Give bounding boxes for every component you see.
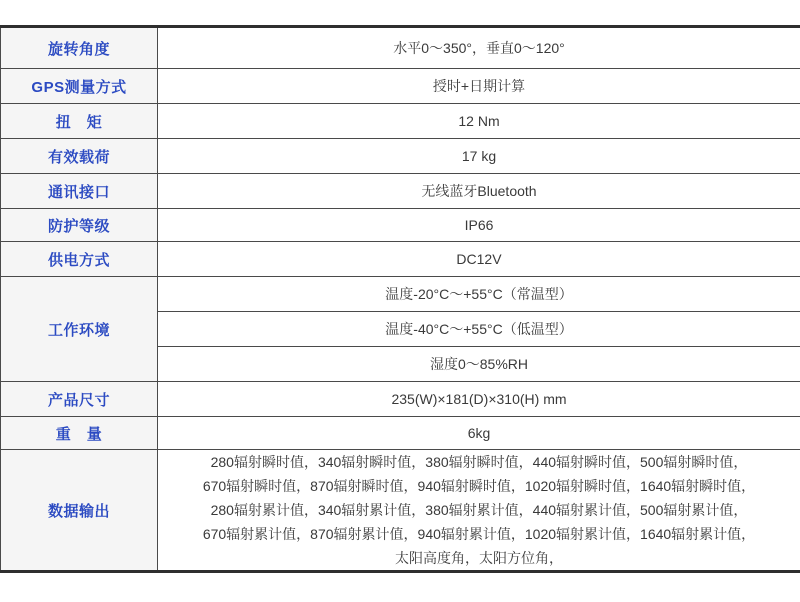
spec-value: DC12V [158, 242, 800, 277]
spec-row-rotation-angle: 旋转角度 水平0～350°，垂直0～120° [1, 27, 800, 69]
spec-value: 17 kg [158, 139, 800, 174]
spec-label: 供电方式 [1, 242, 158, 277]
spec-label: 旋转角度 [1, 27, 158, 69]
spec-label: 有效载荷 [1, 139, 158, 174]
data-output-line: 670辐射累计值，870辐射累计值，940辐射累计值，1020辐射累计值，164… [158, 522, 800, 546]
spec-value: 无线蓝牙Bluetooth [158, 174, 800, 209]
spec-row-protection-rating: 防护等级 IP66 [1, 209, 800, 242]
spec-value: 12 Nm [158, 104, 800, 139]
spec-row-weight: 重 量 6kg [1, 417, 800, 450]
spec-label: 扭 矩 [1, 104, 158, 139]
spec-row-payload: 有效载荷 17 kg [1, 139, 800, 174]
spec-value: 温度-20°C～+55°C（常温型） [158, 277, 800, 312]
spec-row-dimensions: 产品尺寸 235(W)×181(D)×310(H) mm [1, 382, 800, 417]
spec-label: 重 量 [1, 417, 158, 450]
spec-value: 温度-40°C～+55°C（低温型） [158, 312, 800, 347]
spec-row-power-supply: 供电方式 DC12V [1, 242, 800, 277]
data-output-line: 太阳高度角，太阳方位角， [158, 546, 800, 570]
spec-value: 280辐射瞬时值，340辐射瞬时值，380辐射瞬时值，440辐射瞬时值，500辐… [158, 450, 800, 572]
spec-label: 通讯接口 [1, 174, 158, 209]
spec-row-comm-interface: 通讯接口 无线蓝牙Bluetooth [1, 174, 800, 209]
spec-page: 旋转角度 水平0～350°，垂直0～120° GPS测量方式 授时+日期计算 扭… [0, 0, 800, 602]
spec-label: 工作环境 [1, 277, 158, 382]
spec-table: 旋转角度 水平0～350°，垂直0～120° GPS测量方式 授时+日期计算 扭… [0, 25, 800, 573]
spec-row-torque: 扭 矩 12 Nm [1, 104, 800, 139]
spec-value: 湿度0～85%RH [158, 347, 800, 382]
data-output-line: 280辐射累计值，340辐射累计值，380辐射累计值，440辐射累计值，500辐… [158, 498, 800, 522]
spec-row-data-output: 数据输出 280辐射瞬时值，340辐射瞬时值，380辐射瞬时值，440辐射瞬时值… [1, 450, 800, 572]
data-output-line: 670辐射瞬时值，870辐射瞬时值，940辐射瞬时值，1020辐射瞬时值，164… [158, 474, 800, 498]
spec-value: 授时+日期计算 [158, 69, 800, 104]
spec-value: 6kg [158, 417, 800, 450]
spec-row-gps-method: GPS测量方式 授时+日期计算 [1, 69, 800, 104]
spec-label: 产品尺寸 [1, 382, 158, 417]
spec-row-environment: 工作环境 温度-20°C～+55°C（常温型） [1, 277, 800, 312]
spec-value: 235(W)×181(D)×310(H) mm [158, 382, 800, 417]
spec-value: IP66 [158, 209, 800, 242]
spec-label: 防护等级 [1, 209, 158, 242]
data-output-line: 280辐射瞬时值，340辐射瞬时值，380辐射瞬时值，440辐射瞬时值，500辐… [158, 450, 800, 474]
spec-label: GPS测量方式 [1, 69, 158, 104]
spec-label: 数据输出 [1, 450, 158, 572]
spec-value: 水平0～350°，垂直0～120° [158, 27, 800, 69]
